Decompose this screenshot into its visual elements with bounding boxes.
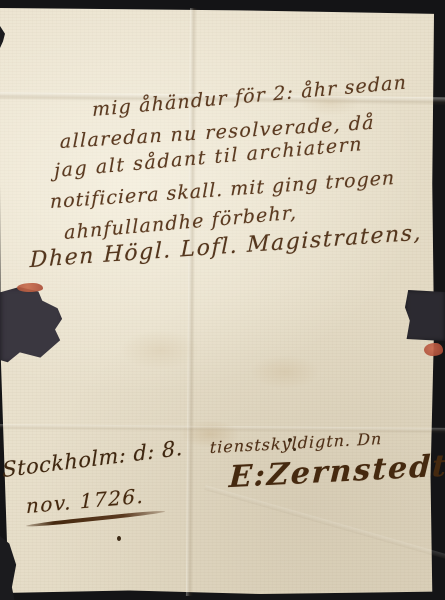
- torn-notch-right: [405, 290, 445, 341]
- letter-photo: mig åhändur för 2: åhr sedan allaredan n…: [0, 0, 445, 600]
- ink-dot: [117, 536, 121, 541]
- wax-seal-remnant-right: [424, 343, 443, 356]
- wax-seal-remnant-left: [17, 283, 43, 292]
